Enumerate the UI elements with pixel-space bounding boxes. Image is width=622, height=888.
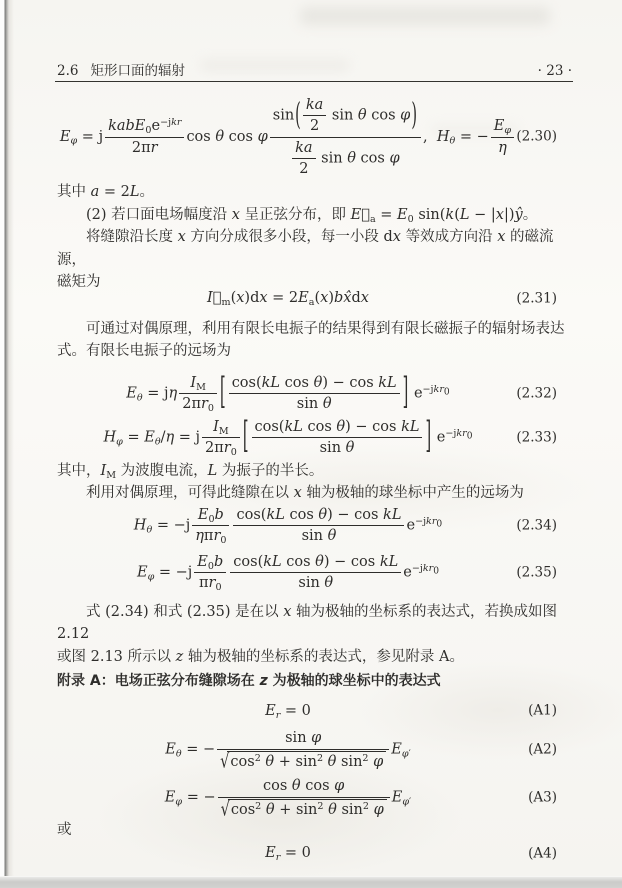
equation-body: Eφ = −cos θ cos φ√cos2 θ + sin2 θ sin2 φ… (165, 777, 411, 818)
equation-label: (A3) (528, 791, 557, 805)
equation-2-33: Hφ = Eθ/η = jIM2πr0[cos(kL cos θ) − cos … (57, 417, 571, 459)
section-number: 2.6 (57, 63, 78, 79)
equation-body: Eφ = jkabE0e−jkr2πrcos θ cos φsin(ka2 si… (60, 96, 516, 178)
equation-label: (A2) (528, 743, 557, 757)
page-content: Eφ = jkabE0e−jkr2πrcos θ cos φsin(ka2 si… (57, 90, 571, 866)
equation-body: Eθ = jηIM2πr0[cos(kL cos θ) − cos kLsin … (126, 374, 449, 413)
equation-2-30: Eφ = jkabE0e−jkr2πrcos θ cos φsin(ka2 si… (57, 98, 571, 176)
equation-2-31: I⃗m(x)dx = 2Ea(x)bx̂dx (2.31) (57, 286, 571, 312)
equation-2-34: Hθ = −jE0bηπr0cos(kL cos θ) − cos kLsin … (57, 503, 571, 549)
section-title: 矩形口面的辐射 (90, 63, 185, 79)
paragraph-slit: 将缝隙沿长度 x 方向分成很多小段，每一小段 dx 等效成方向沿 x 的磁流源， (57, 226, 571, 271)
equation-label: (2.35) (516, 566, 557, 580)
equation-label: (2.33) (516, 431, 557, 445)
scan-edge-bottom (0, 876, 622, 888)
paragraph-duality-2: 式。有限长电振子的远场为 (57, 340, 571, 363)
scan-edge-left (0, 0, 14, 888)
equation-body: Eθ = −sin φ√cos2 θ + sin2 θ sin2 φEφ′ (165, 729, 410, 770)
equation-body: I⃗m(x)dx = 2Ea(x)bx̂dx (207, 289, 369, 307)
equation-label: (A4) (528, 847, 557, 861)
equation-label: (2.34) (516, 519, 557, 533)
equation-label: (A1) (528, 704, 557, 718)
paragraph-where-a: 其中 a = 2L。 (57, 181, 571, 204)
equation-label: (2.30) (516, 130, 557, 144)
equation-2-32: Eθ = jηIM2πr0[cos(kL cos θ) − cos kLsin … (57, 371, 571, 417)
paragraph-item2: (2) 若口面电场幅度沿 x 呈正弦分布，即 E⃗a = E0 sin(k(L … (57, 204, 571, 227)
equation-2-35: Eφ = −jE0bπr0cos(kL cos θ) − cos kLsin θ… (57, 550, 571, 596)
equation-a4: Er = 0 (A4) (57, 842, 571, 866)
scanned-textbook-page: 2.6矩形口面的辐射 · 23 · Eφ = jkabE0e−jkr2πrcos… (0, 0, 622, 888)
equation-label: (2.32) (516, 387, 557, 401)
page-header: 2.6矩形口面的辐射 · 23 · (57, 59, 572, 79)
scan-ghosting-top (300, 7, 550, 25)
equation-body: Er = 0 (265, 702, 311, 720)
paragraph-im-note: 其中，IM 为波腹电流，L 为振子的半长。 (57, 460, 571, 483)
equation-a3: Eφ = −cos θ cos φ√cos2 θ + sin2 θ sin2 φ… (57, 775, 571, 821)
equation-label: (2.31) (516, 292, 557, 306)
paragraph-duality-1: 可通过对偶原理，利用有限长电振子的结果得到有限长磁振子的辐射场表达 (57, 318, 571, 341)
equation-body: Hθ = −jE0bηπr0cos(kL cos θ) − cos kLsin … (134, 506, 442, 545)
equation-body: Eφ = −jE0bπr0cos(kL cos θ) − cos kLsin θ… (137, 553, 439, 592)
paragraph-coords-1: 式 (2.34) 和式 (2.35) 是在以 x 轴为极轴的坐标系的表达式，若换… (57, 601, 571, 646)
paragraph-coords-2: 或图 2.13 所示以 z 轴为极轴的坐标系的表达式，参见附录 A。 (57, 646, 571, 669)
equation-a2: Eθ = −sin φ√cos2 θ + sin2 θ sin2 φEφ′ (A… (57, 727, 571, 773)
paragraph-or: 或 (57, 819, 571, 842)
equation-a1: Er = 0 (A1) (57, 699, 571, 723)
paragraph-use-dual: 利用对偶原理，可得此缝隙在以 x 轴为极轴的球坐标中产生的远场为 (57, 482, 571, 505)
equation-body: Hφ = Eθ/η = jIM2πr0[cos(kL cos θ) − cos … (103, 418, 472, 457)
equation-body: Er = 0 (265, 844, 311, 862)
page-number: · 23 · (538, 63, 572, 79)
appendix-heading: 附录 A：电场正弦分布缝隙场在 z 为极轴的球坐标中的表达式 (57, 670, 571, 692)
header-rule (55, 81, 573, 82)
running-head: 2.6矩形口面的辐射 (57, 59, 197, 79)
